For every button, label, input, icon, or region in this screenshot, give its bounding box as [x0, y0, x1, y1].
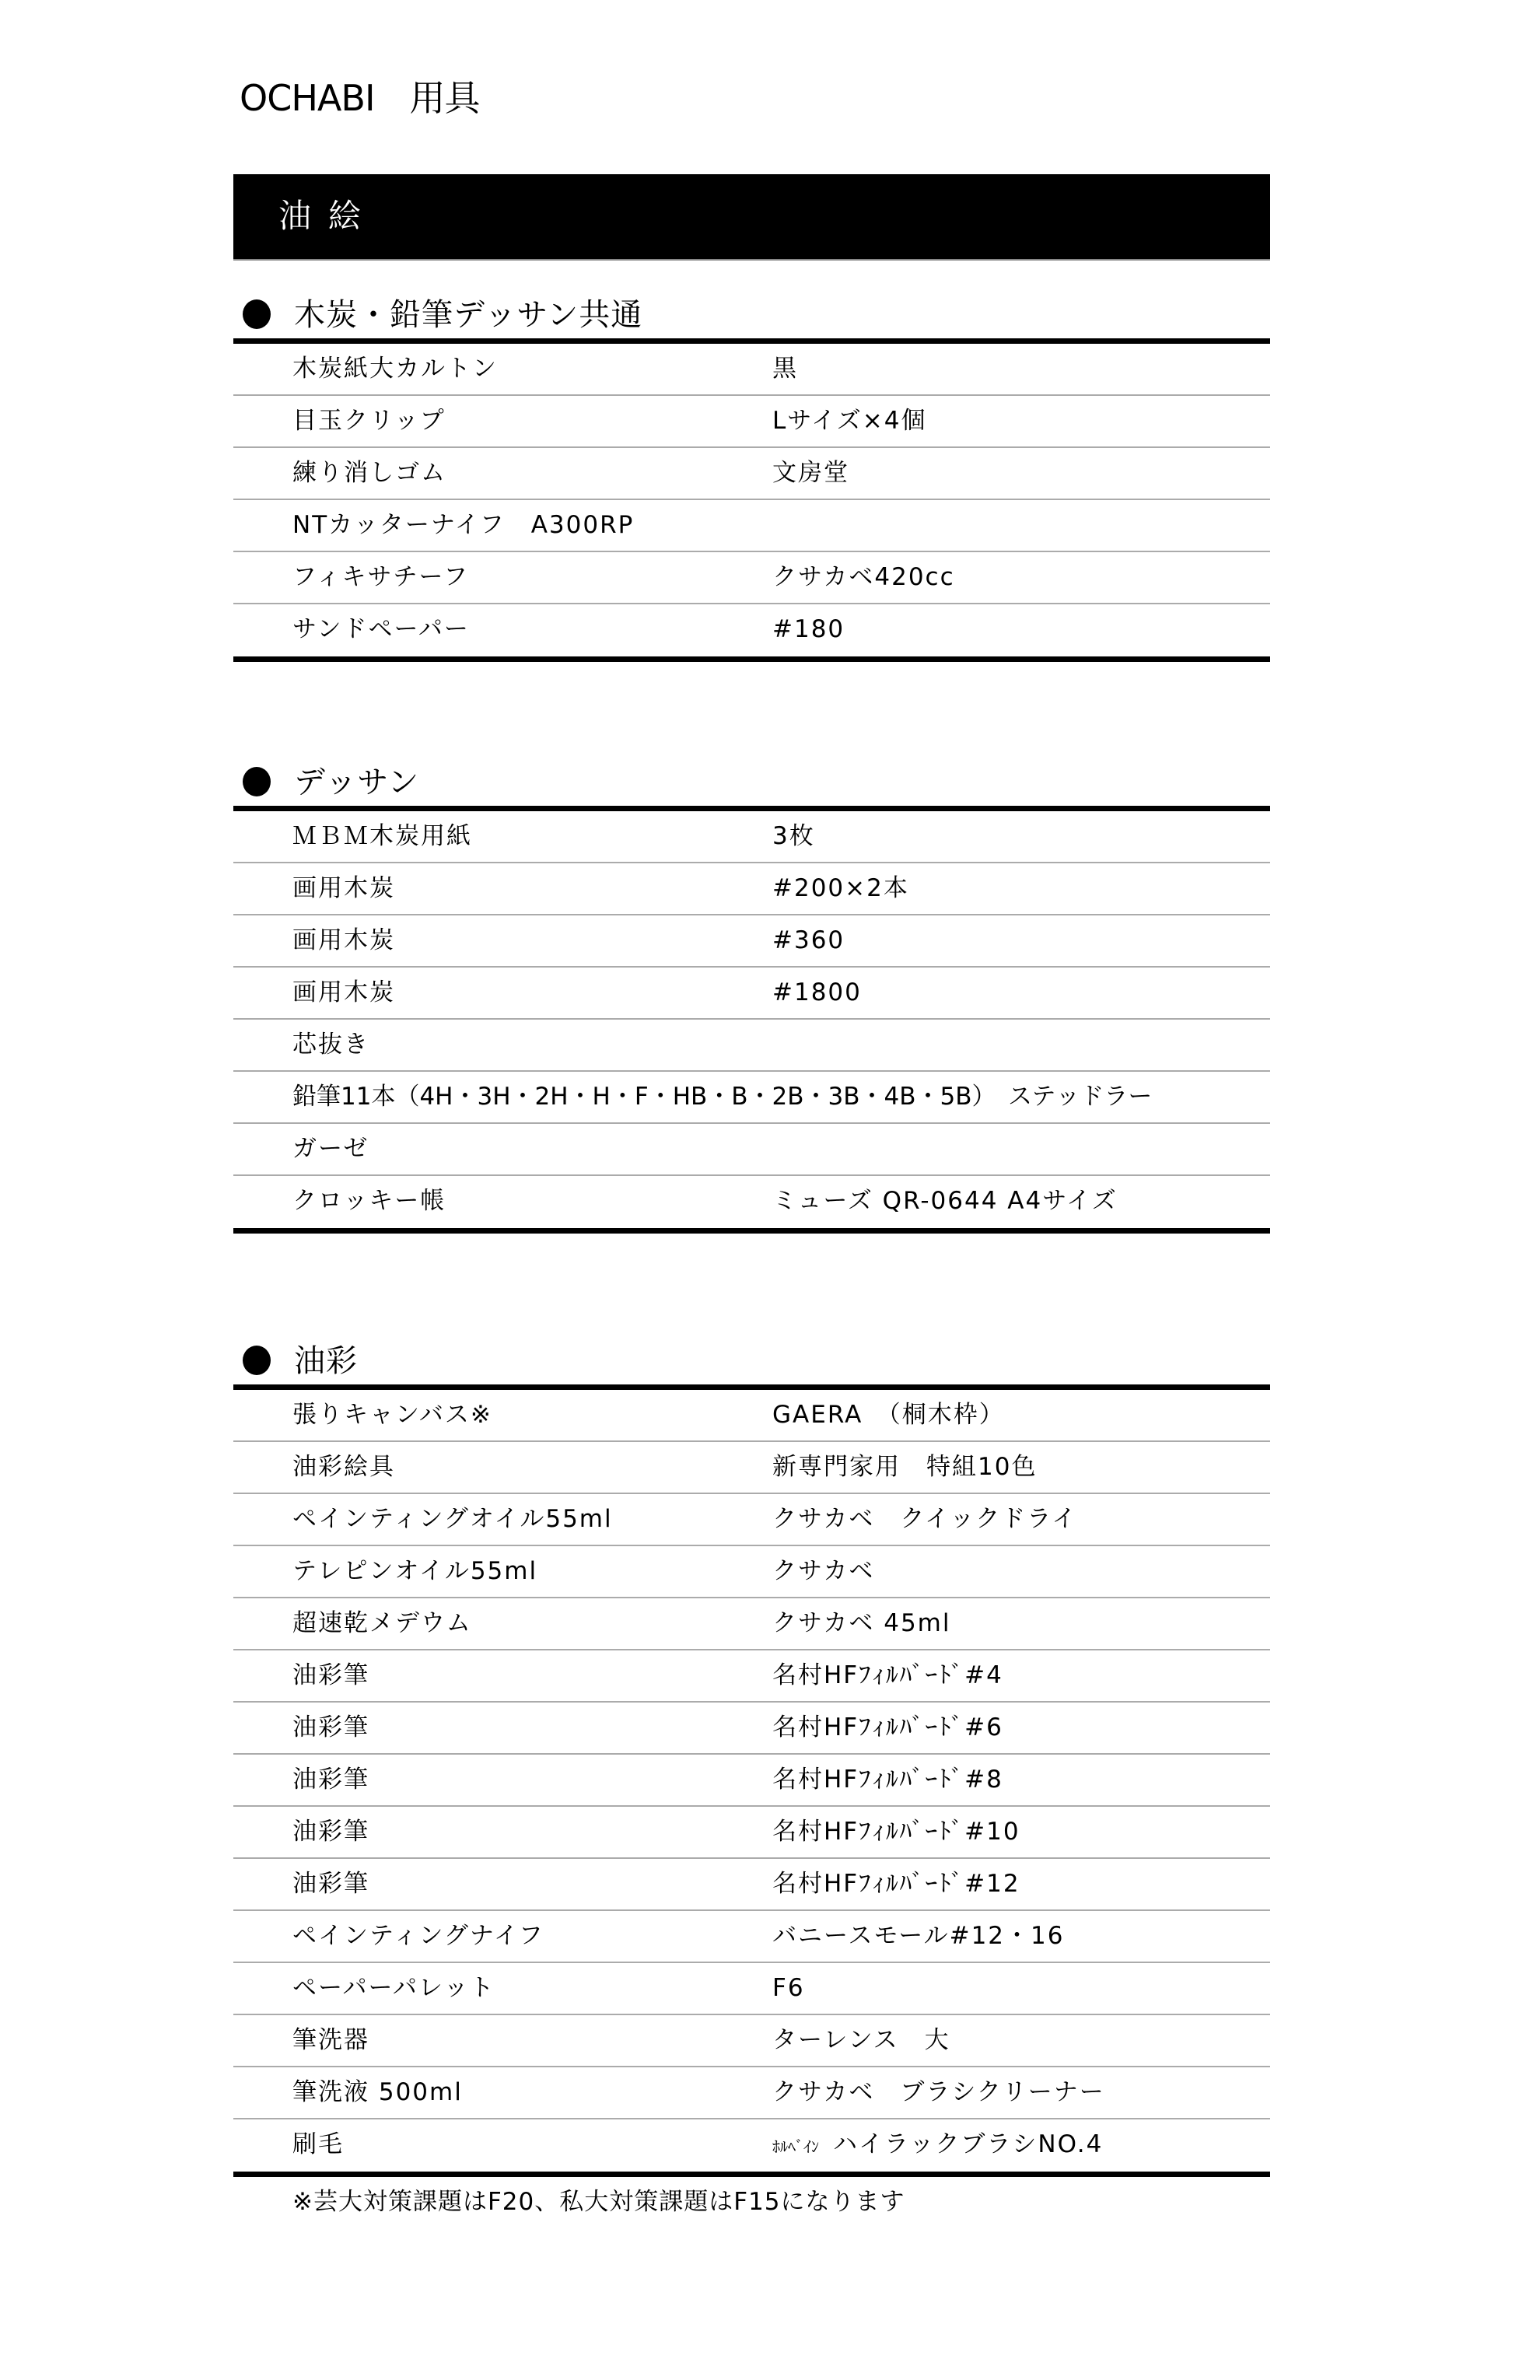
item-name: 芯抜き [292, 1020, 369, 1070]
item-name: 油彩筆 [292, 1807, 369, 1857]
section-charcoal-pencil-common: 木炭・鉛筆デッサン共通 木炭紙大カルトン 黒 目玉クリップ Lサイズ×4個 練り… [233, 292, 1270, 662]
table-row: 目玉クリップ Lサイズ×4個 [233, 396, 1270, 448]
item-value: 名村HFﾌｨﾙﾊﾞｰﾄﾞ#10 [772, 1807, 1020, 1857]
table-row: 油彩筆 名村HFﾌｨﾙﾊﾞｰﾄﾞ#8 [233, 1755, 1270, 1807]
category-banner-label: 油絵 [278, 193, 378, 240]
table-row: 筆洗器 ターレンス 大 [233, 2015, 1270, 2067]
item-name: ガーゼ [292, 1124, 369, 1174]
item-name: クロッキー帳 [292, 1176, 446, 1227]
item-value: 名村HFﾌｨﾙﾊﾞｰﾄﾞ#8 [772, 1755, 1003, 1805]
item-name: 画用木炭 [292, 915, 395, 966]
section-heading: 油彩 [233, 1338, 1270, 1384]
bullet-icon [243, 767, 271, 796]
document-title: OCHABI 用具 [240, 75, 480, 121]
item-value: ターレンス 大 [772, 2015, 950, 2066]
table-row: 芯抜き [233, 1020, 1270, 1072]
table-row: テレピンオイル55ml クサカベ [233, 1546, 1270, 1598]
table-row: 筆洗液 500ml クサカベ ブラシクリーナー [233, 2067, 1270, 2119]
bullet-icon [243, 1346, 271, 1375]
item-name: 油彩筆 [292, 1703, 369, 1753]
section-title: 油彩 [294, 1339, 358, 1383]
bullet-icon [243, 299, 271, 329]
item-name: ペインティングナイフ [292, 1911, 544, 1962]
item-name: 鉛筆11本（4H・3H・2H・H・F・HB・B・2B・3B・4B・5B） ステッ… [292, 1072, 1152, 1122]
item-value: 名村HFﾌｨﾙﾊﾞｰﾄﾞ#6 [772, 1703, 1003, 1753]
item-value: 名村HFﾌｨﾙﾊﾞｰﾄﾞ#12 [772, 1859, 1020, 1909]
table-row: 画用木炭 #1800 [233, 968, 1270, 1020]
table-row: 張りキャンバス※ GAERA （桐木枠） [233, 1390, 1270, 1442]
item-name: 画用木炭 [292, 863, 395, 914]
item-value: #1800 [772, 968, 862, 1018]
item-name: サンドペーパー [292, 604, 470, 655]
section-bottom-rule [233, 2172, 1270, 2177]
item-value: F6 [772, 1963, 805, 2014]
section-top-rule [233, 806, 1270, 811]
item-name: 油彩筆 [292, 1650, 369, 1701]
item-name: テレピンオイル55ml [292, 1546, 537, 1597]
item-name: フィキサチーフ [292, 552, 469, 603]
section-top-rule [233, 1384, 1270, 1390]
item-value: #200×2本 [772, 863, 909, 914]
table-row: 油彩筆 名村HFﾌｨﾙﾊﾞｰﾄﾞ#12 [233, 1859, 1270, 1911]
item-value-text: ハイラックブラシNO.4 [833, 2130, 1103, 2158]
item-value: 黒 [772, 344, 798, 394]
footnote: ※芸大対策課題はF20、私大対策課題はF15になります [292, 2182, 905, 2221]
item-value: クサカベ [772, 1546, 874, 1597]
item-value: #360 [772, 915, 845, 966]
table-row: ペインティングオイル55ml クサカベ クイックドライ [233, 1494, 1270, 1546]
item-value: Lサイズ×4個 [772, 396, 927, 446]
table-row: ペインティングナイフ バニースモール#12・16 [233, 1911, 1270, 1963]
section-dessin: デッサン ＭＢＭ木炭用紙 3枚 画用木炭 #200×2本 画用木炭 #360 画… [233, 759, 1270, 1234]
item-name: 刷毛 [292, 2119, 344, 2170]
table-row: ガーゼ [233, 1124, 1270, 1176]
section-top-rule [233, 338, 1270, 344]
item-name: 練り消しゴム [292, 448, 446, 499]
brand-prefix: ﾎﾙﾍﾞｲﾝ [772, 2137, 819, 2156]
item-value: クサカベ クイックドライ [772, 1494, 1077, 1545]
item-name: 目玉クリップ [292, 396, 446, 446]
item-name: 張りキャンバス※ [292, 1390, 492, 1440]
table-row: 油彩筆 名村HFﾌｨﾙﾊﾞｰﾄﾞ#6 [233, 1703, 1270, 1755]
section-bottom-rule [233, 1228, 1270, 1234]
table-row: 画用木炭 #200×2本 [233, 863, 1270, 915]
item-name: ＭＢＭ木炭用紙 [292, 811, 472, 862]
item-name: ペーパーパレット [292, 1963, 495, 2014]
table-row: 鉛筆11本（4H・3H・2H・H・F・HB・B・2B・3B・4B・5B） ステッ… [233, 1072, 1270, 1124]
section-oil-painting: 油彩 張りキャンバス※ GAERA （桐木枠） 油彩絵具 新専門家用 特組10色… [233, 1338, 1270, 2177]
item-value: ﾎﾙﾍﾞｲﾝハイラックブラシNO.4 [772, 2119, 1103, 2170]
section-heading: 木炭・鉛筆デッサン共通 [233, 292, 1270, 338]
table-row: 刷毛 ﾎﾙﾍﾞｲﾝハイラックブラシNO.4 [233, 2119, 1270, 2172]
item-value: 3枚 [772, 811, 815, 862]
section-heading: デッサン [233, 759, 1270, 806]
table-row: ＭＢＭ木炭用紙 3枚 [233, 811, 1270, 863]
item-name: 超速乾メデウム [292, 1598, 472, 1649]
section-title: デッサン [294, 761, 419, 804]
table-row: 画用木炭 #360 [233, 915, 1270, 968]
table-row: クロッキー帳 ミューズ QR-0644 A4サイズ [233, 1176, 1270, 1228]
item-value: 新専門家用 特組10色 [772, 1442, 1037, 1493]
section-bottom-rule [233, 656, 1270, 662]
item-value: クサカベ ブラシクリーナー [772, 2067, 1105, 2118]
item-name: 木炭紙大カルトン [292, 344, 498, 394]
item-value: クサカベ 45ml [772, 1598, 951, 1649]
table-row: サンドペーパー #180 [233, 604, 1270, 656]
table-row: 油彩筆 名村HFﾌｨﾙﾊﾞｰﾄﾞ#4 [233, 1650, 1270, 1703]
item-value: バニースモール#12・16 [772, 1911, 1064, 1962]
table-row: フィキサチーフ クサカベ420cc [233, 552, 1270, 604]
item-name: ペインティングオイル55ml [292, 1494, 613, 1545]
item-name: 画用木炭 [292, 968, 395, 1018]
item-value: GAERA （桐木枠） [772, 1390, 1005, 1440]
table-row: 超速乾メデウム クサカベ 45ml [233, 1598, 1270, 1650]
item-name: NTカッターナイフ A300RP [292, 500, 634, 551]
item-name: 油彩筆 [292, 1755, 369, 1805]
item-value: #180 [772, 604, 845, 655]
table-row: NTカッターナイフ A300RP [233, 500, 1270, 552]
item-name: 油彩絵具 [292, 1442, 395, 1493]
item-name: 油彩筆 [292, 1859, 369, 1909]
table-row: 練り消しゴム 文房堂 [233, 448, 1270, 500]
table-row: 油彩筆 名村HFﾌｨﾙﾊﾞｰﾄﾞ#10 [233, 1807, 1270, 1859]
table-row: ペーパーパレット F6 [233, 1963, 1270, 2015]
section-title: 木炭・鉛筆デッサン共通 [294, 293, 642, 337]
item-value: 名村HFﾌｨﾙﾊﾞｰﾄﾞ#4 [772, 1650, 1003, 1701]
item-name: 筆洗器 [292, 2015, 369, 2066]
item-value: クサカベ420cc [772, 552, 955, 603]
category-banner: 油絵 [233, 174, 1270, 261]
item-value: ミューズ QR-0644 A4サイズ [772, 1176, 1118, 1227]
table-row: 油彩絵具 新専門家用 特組10色 [233, 1442, 1270, 1494]
table-row: 木炭紙大カルトン 黒 [233, 344, 1270, 396]
item-name: 筆洗液 500ml [292, 2067, 463, 2118]
item-value: 文房堂 [772, 448, 849, 499]
